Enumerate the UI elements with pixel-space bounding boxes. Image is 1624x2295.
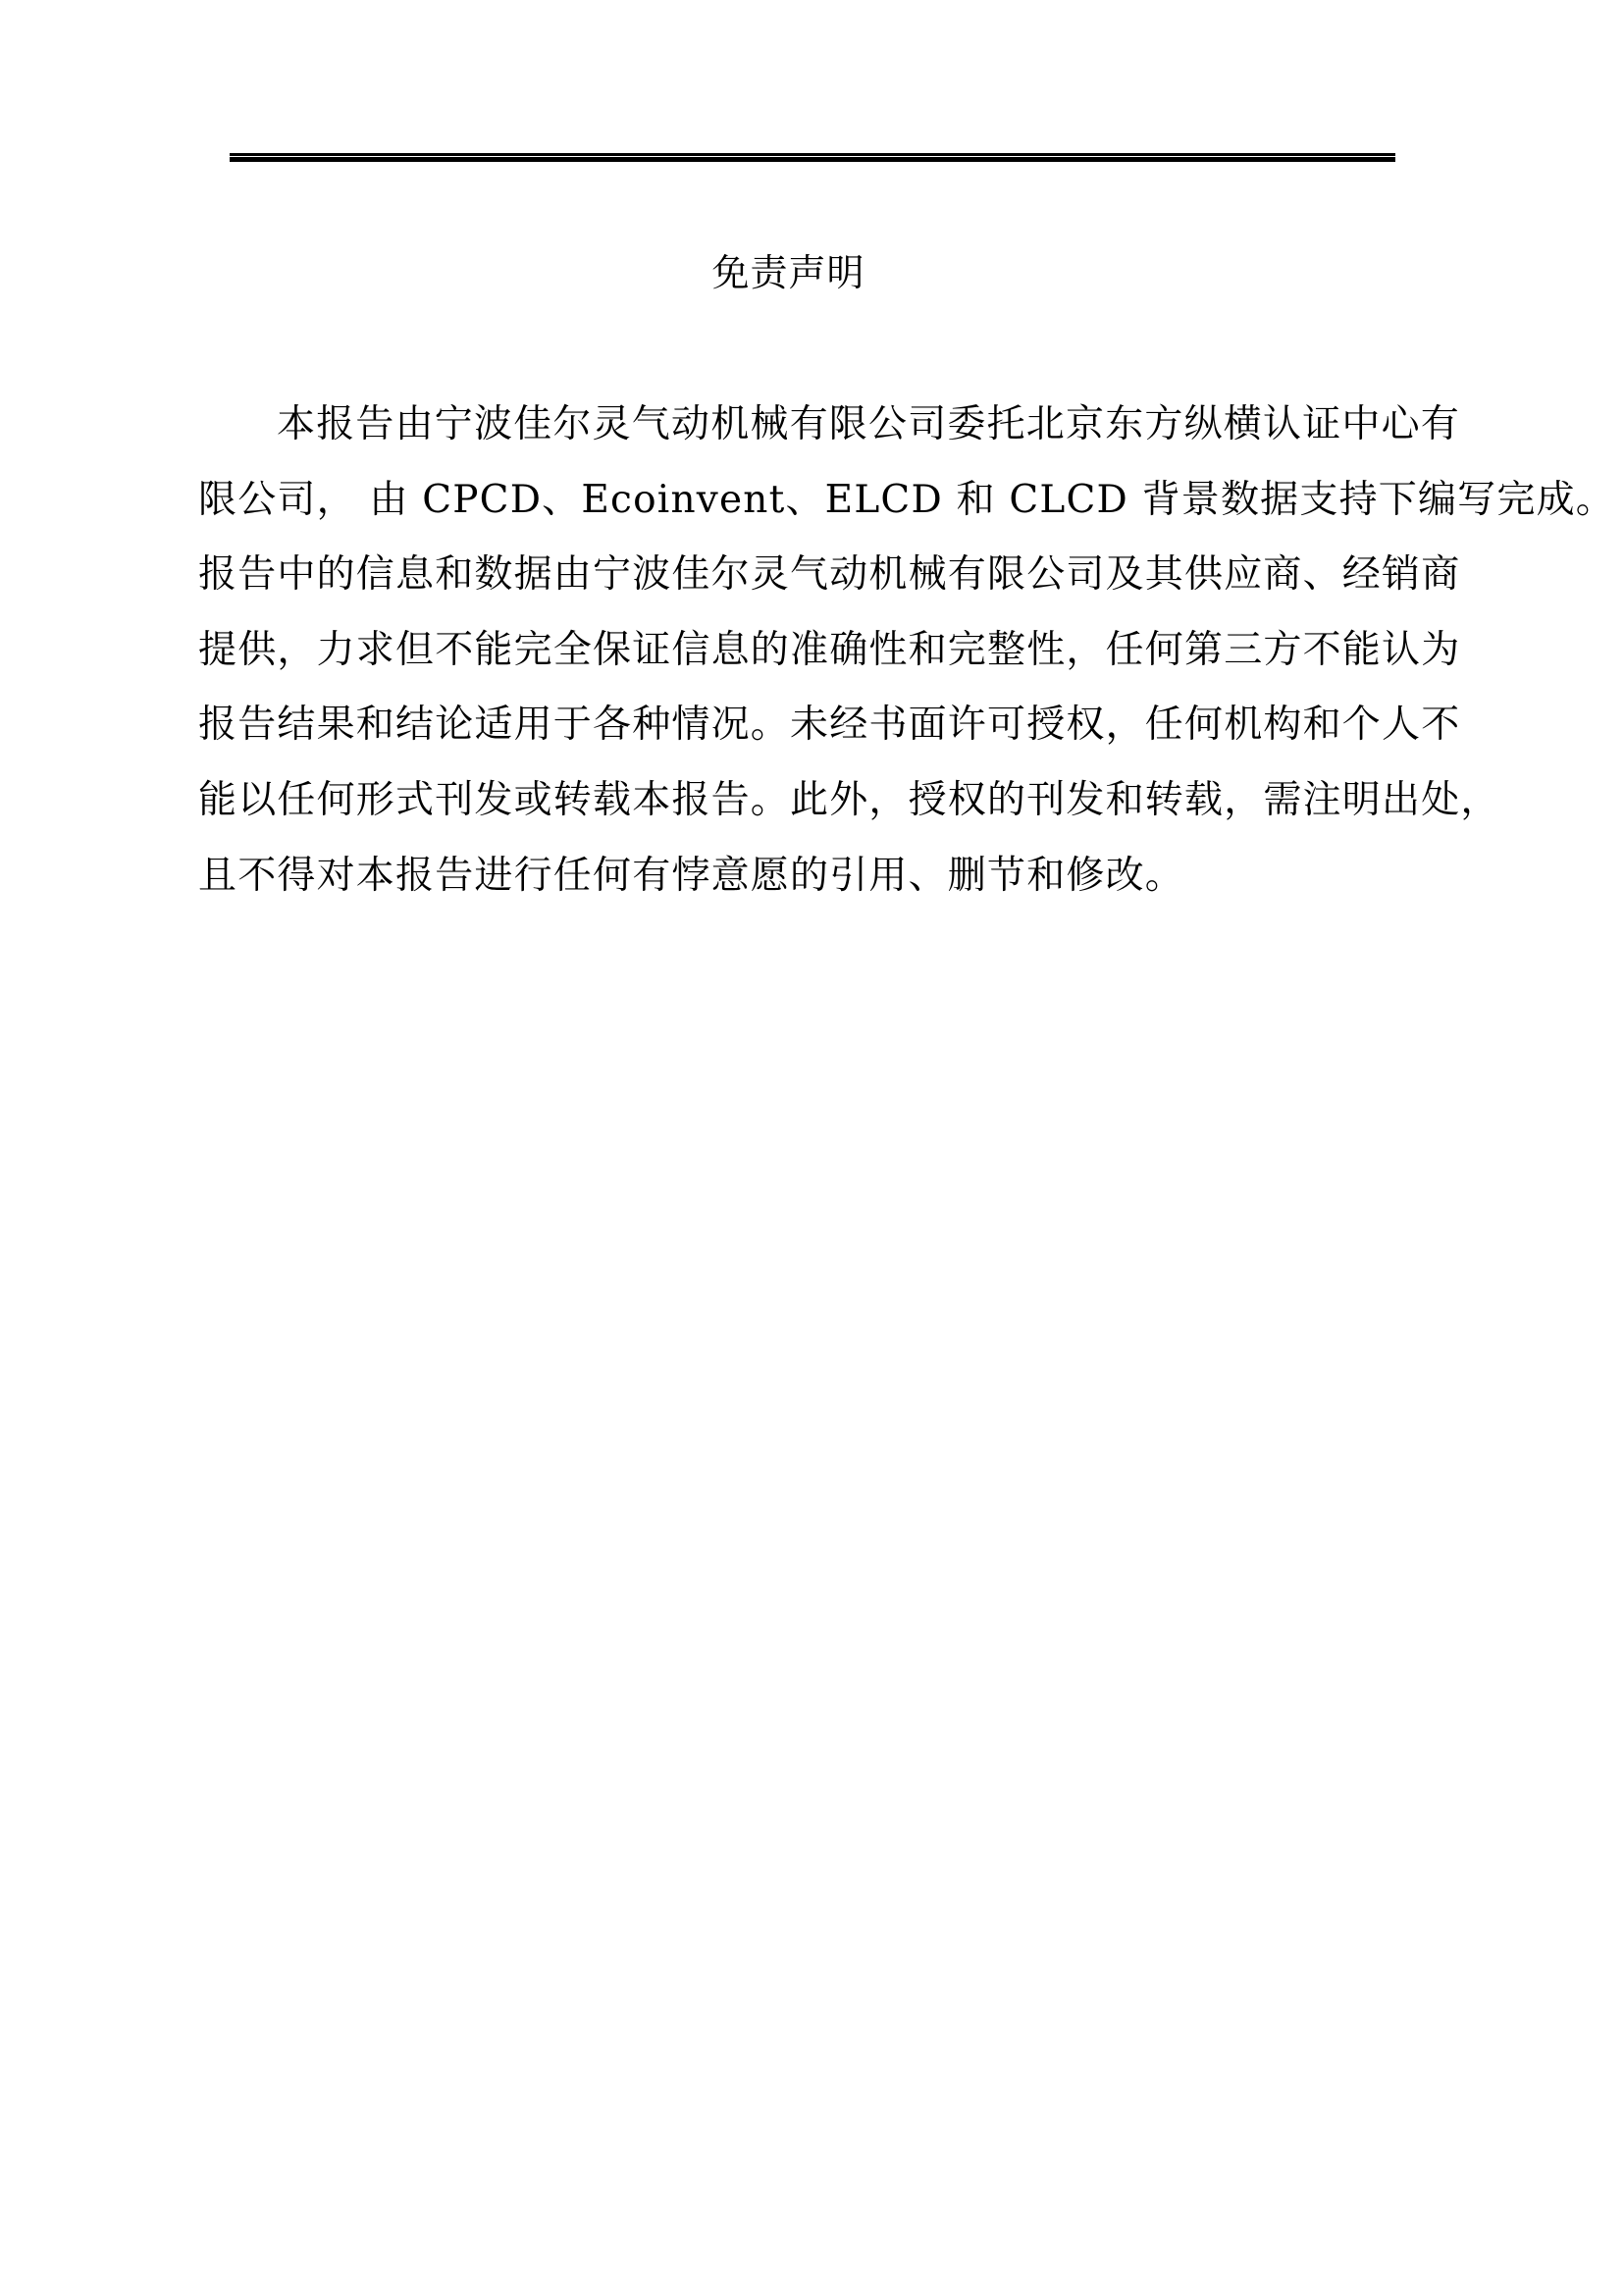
paragraph-line-4: 提供，力求但不能完全保证信息的准确性和完整性，任何第三方不能认为 bbox=[198, 622, 1425, 698]
paragraph-line-2: 限公司， 由 CPCD、Ecoinvent、ELCD 和 CLCD 背景数据支持… bbox=[198, 472, 1425, 548]
disclaimer-paragraph: 本报告由宁波佳尔灵气动机械有限公司委托北京东方纵横认证中心有 限公司， 由 CP… bbox=[198, 396, 1425, 922]
paragraph-line-3: 报告中的信息和数据由宁波佳尔灵气动机械有限公司及其供应商、经销商 bbox=[198, 547, 1425, 622]
paragraph-line-7: 且不得对本报告进行任何有悖意愿的引用、删节和修改。 bbox=[198, 848, 1425, 923]
header-rule-thick-line bbox=[230, 157, 1395, 162]
paragraph-line-1: 本报告由宁波佳尔灵气动机械有限公司委托北京东方纵横认证中心有 bbox=[198, 396, 1425, 472]
page-title: 免责声明 bbox=[0, 247, 1577, 298]
paragraph-line-6: 能以任何形式刊发或转载本报告。此外，授权的刊发和转载，需注明出处， bbox=[198, 772, 1425, 848]
header-double-rule bbox=[230, 153, 1395, 162]
paragraph-line-5: 报告结果和结论适用于各种情况。未经书面许可授权，任何机构和个人不 bbox=[198, 697, 1425, 772]
header-rule-thin-line bbox=[230, 153, 1395, 156]
